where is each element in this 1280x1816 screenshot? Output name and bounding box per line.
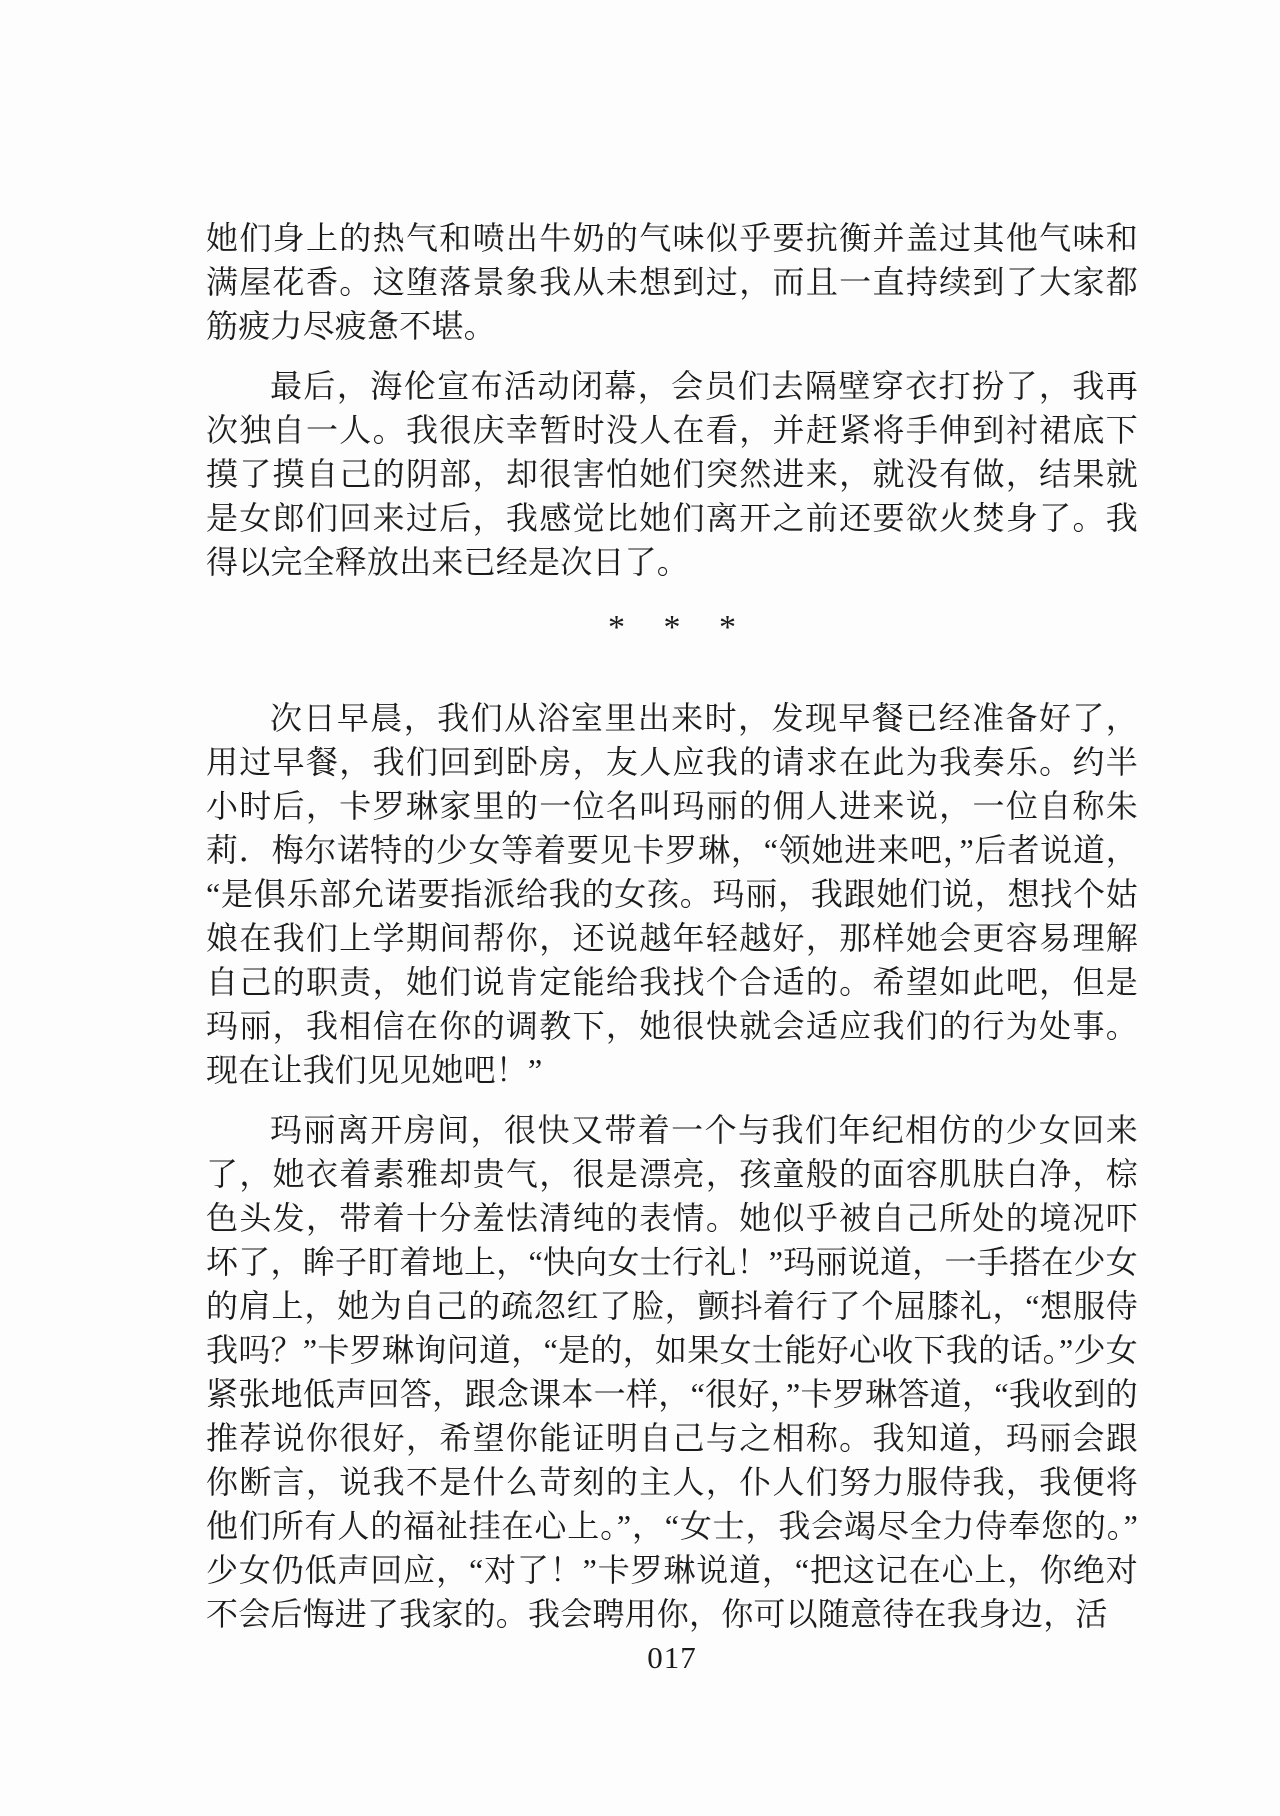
paragraph-4: 玛丽离开房间，很快又带着一个与我们年纪相仿的少女回来了，她衣着素雅却贵气，很是漂… xyxy=(206,1108,1138,1636)
paragraph-1: 她们身上的热气和喷出牛奶的气味似乎要抗衡并盖过其他气味和满屋花香。这堕落景象我从… xyxy=(206,216,1138,348)
book-page: 她们身上的热气和喷出牛奶的气味似乎要抗衡并盖过其他气味和满屋花香。这堕落景象我从… xyxy=(0,0,1280,1816)
paragraph-2: 最后，海伦宣布活动闭幕，会员们去隔壁穿衣打扮了，我再次独自一人。我很庆幸暂时没人… xyxy=(206,364,1138,584)
page-text-column: 她们身上的热气和喷出牛奶的气味似乎要抗衡并盖过其他气味和满屋花香。这堕落景象我从… xyxy=(206,216,1138,1636)
page-number: 017 xyxy=(206,1636,1138,1680)
paragraph-3: 次日早晨，我们从浴室里出来时，发现早餐已经准备好了，用过早餐，我们回到卧房，友人… xyxy=(206,696,1138,1092)
section-separator: * * * xyxy=(206,606,1138,650)
